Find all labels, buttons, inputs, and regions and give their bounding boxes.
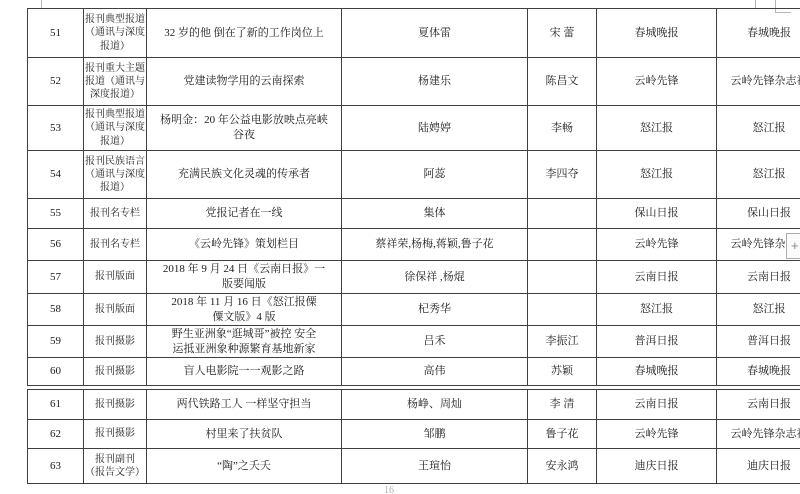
cell-category: 报刊摄影	[84, 390, 147, 420]
cell-author: 杞秀华	[342, 294, 528, 326]
cell-title: 32 岁的他 倒在了新的工作岗位上	[147, 9, 342, 58]
cell-outlet: 保山日报	[597, 199, 717, 229]
cell-author: 杨建乐	[342, 58, 528, 106]
table-row: 57报刊版面2018 年 9 月 24 日《云南日报》一 版要闻版徐保祥 ,杨焜…	[28, 261, 800, 294]
cell-editor: 李 清	[528, 390, 597, 420]
table-row: 52报刊重大主题 报道（通讯与 深度报道）党建读物学用的云南探索杨建乐陈昌文云岭…	[28, 58, 800, 106]
table-row: 51报刊典型报道 （通讯与深度 报道）32 岁的他 倒在了新的工作岗位上夏体雷宋…	[28, 9, 800, 58]
cell-no: 61	[28, 390, 84, 420]
cell-category: 报刊名专栏	[84, 229, 147, 261]
cell-no: 58	[28, 294, 84, 326]
cell-no: 54	[28, 151, 84, 199]
table-row: 53报刊典型报道 （通讯与深度 报道）杨明金：20 年公益电影放映点亮峡 谷夜陆…	[28, 106, 800, 151]
cell-editor: 安永鸿	[528, 449, 597, 484]
cell-category: 报刊典型报道 （通讯与深度 报道）	[84, 106, 147, 151]
cell-author: 蔡祥荣,杨梅,蒋颖,鲁子花	[342, 229, 528, 261]
table-row: 61报刊摄影两代铁路工人 一样坚守担当杨峥、周灿李 清云南日报云南日报	[28, 390, 800, 420]
cell-editor: 苏颖	[528, 358, 597, 386]
cell-title: 党建读物学用的云南探索	[147, 58, 342, 106]
cell-org: 春城晚报	[717, 9, 800, 58]
cell-title: 充满民族文化灵魂的传承者	[147, 151, 342, 199]
cell-org: 保山日报	[717, 199, 800, 229]
cell-editor: 李畅	[528, 106, 597, 151]
cell-category: 报刊版面	[84, 261, 147, 294]
cell-author: 王瑄怡	[342, 449, 528, 484]
cell-author: 徐保祥 ,杨焜	[342, 261, 528, 294]
cell-org: 普洱日报	[717, 326, 800, 358]
cell-author: 高伟	[342, 358, 528, 386]
table-row: 59报刊摄影野生亚洲象“逛城哥”被控 安全 运抵亚洲象种源繁育基地新家吕禾李振江…	[28, 326, 800, 358]
table-insert-handle[interactable]: +	[786, 233, 800, 259]
cell-outlet: 云南日报	[597, 390, 717, 420]
cell-category: 报刊典型报道 （通讯与深度 报道）	[84, 9, 147, 58]
cell-title: 党报记者在一线	[147, 199, 342, 229]
cell-no: 55	[28, 199, 84, 229]
table-row: 55报刊名专栏党报记者在一线集体保山日报保山日报	[28, 199, 800, 229]
table-row: 63报刊副刊 （报告文学）“陶”之夭夭王瑄怡安永鸿迪庆日报迪庆日报	[28, 449, 800, 484]
cell-outlet: 云岭先锋	[597, 420, 717, 449]
cell-org: 云岭先锋杂志社	[717, 420, 800, 449]
cell-category: 报刊摄影	[84, 420, 147, 449]
cell-category: 报刊重大主题 报道（通讯与 深度报道）	[84, 58, 147, 106]
cell-org: 怒江报	[717, 106, 800, 151]
cell-outlet: 云岭先锋	[597, 229, 717, 261]
cell-outlet: 迪庆日报	[597, 449, 717, 484]
cell-title: 野生亚洲象“逛城哥”被控 安全 运抵亚洲象种源繁育基地新家	[147, 326, 342, 358]
awards-table-lower: 61报刊摄影两代铁路工人 一样坚守担当杨峥、周灿李 清云南日报云南日报62报刊摄…	[27, 389, 800, 484]
cell-org: 云南日报	[717, 261, 800, 294]
cell-category: 报刊民族语言 （通讯与深度 报道）	[84, 151, 147, 199]
cell-author: 夏体雷	[342, 9, 528, 58]
cell-no: 60	[28, 358, 84, 386]
cell-org: 怒江报	[717, 151, 800, 199]
table-row: 60报刊摄影盲人电影院一一观影之路高伟苏颖春城晚报春城晚报	[28, 358, 800, 386]
cutoff-border-artifact	[41, 0, 42, 8]
table-row: 56报刊名专栏《云岭先锋》策划栏目蔡祥荣,杨梅,蒋颖,鲁子花云岭先锋云岭先锋杂志…	[28, 229, 800, 261]
cell-no: 51	[28, 9, 84, 58]
cell-no: 53	[28, 106, 84, 151]
cell-no: 59	[28, 326, 84, 358]
cell-org: 怒江报	[717, 294, 800, 326]
cell-author: 杨峥、周灿	[342, 390, 528, 420]
table-row: 62报刊摄影村里来了扶贫队邹鹏鲁子花云岭先锋云岭先锋杂志社	[28, 420, 800, 449]
cell-category: 报刊版面	[84, 294, 147, 326]
cell-title: 两代铁路工人 一样坚守担当	[147, 390, 342, 420]
cell-editor	[528, 199, 597, 229]
cell-author: 集体	[342, 199, 528, 229]
cell-outlet: 春城晚报	[597, 358, 717, 386]
cell-category: 报刊名专栏	[84, 199, 147, 229]
cell-category: 报刊副刊 （报告文学）	[84, 449, 147, 484]
cell-org: 迪庆日报	[717, 449, 800, 484]
page-number: 16	[384, 485, 394, 494]
cell-org: 云岭先锋杂志社	[717, 58, 800, 106]
cell-editor: 陈昌文	[528, 58, 597, 106]
cell-author: 陆娉婷	[342, 106, 528, 151]
cell-title: 盲人电影院一一观影之路	[147, 358, 342, 386]
cell-category: 报刊摄影	[84, 358, 147, 386]
cell-title: 《云岭先锋》策划栏目	[147, 229, 342, 261]
cell-no: 56	[28, 229, 84, 261]
cell-no: 63	[28, 449, 84, 484]
plus-icon: +	[791, 238, 799, 253]
cell-org: 春城晚报	[717, 358, 800, 386]
cell-title: “陶”之夭夭	[147, 449, 342, 484]
cell-outlet: 云南日报	[597, 261, 717, 294]
cell-category: 报刊摄影	[84, 326, 147, 358]
cell-editor	[528, 229, 597, 261]
cell-outlet: 春城晚报	[597, 9, 717, 58]
cell-outlet: 怒江报	[597, 106, 717, 151]
cell-title: 村里来了扶贫队	[147, 420, 342, 449]
cell-editor: 宋 蕾	[528, 9, 597, 58]
cell-author: 阿蕊	[342, 151, 528, 199]
cell-title: 2018 年 9 月 24 日《云南日报》一 版要闻版	[147, 261, 342, 294]
cell-author: 邹鹏	[342, 420, 528, 449]
awards-table-upper: 51报刊典型报道 （通讯与深度 报道）32 岁的他 倒在了新的工作岗位上夏体雷宋…	[27, 8, 800, 386]
cell-org: 云南日报	[717, 390, 800, 420]
document-page: 51报刊典型报道 （通讯与深度 报道）32 岁的他 倒在了新的工作岗位上夏体雷宋…	[0, 0, 800, 494]
table-row: 58报刊版面2018 年 11 月 16 日《怒江报傈 僳文版》4 版杞秀华怒江…	[28, 294, 800, 326]
cell-no: 57	[28, 261, 84, 294]
cell-no: 52	[28, 58, 84, 106]
cell-editor: 李振江	[528, 326, 597, 358]
cell-title: 2018 年 11 月 16 日《怒江报傈 僳文版》4 版	[147, 294, 342, 326]
cell-editor	[528, 261, 597, 294]
cell-no: 62	[28, 420, 84, 449]
cell-outlet: 怒江报	[597, 151, 717, 199]
cell-editor: 李四夺	[528, 151, 597, 199]
cell-author: 吕禾	[342, 326, 528, 358]
table-row: 54报刊民族语言 （通讯与深度 报道）充满民族文化灵魂的传承者阿蕊李四夺怒江报怒…	[28, 151, 800, 199]
cell-title: 杨明金：20 年公益电影放映点亮峡 谷夜	[147, 106, 342, 151]
cell-outlet: 普洱日报	[597, 326, 717, 358]
cutoff-border-artifact	[755, 0, 756, 8]
cell-outlet: 云岭先锋	[597, 58, 717, 106]
cell-outlet: 怒江报	[597, 294, 717, 326]
cell-editor	[528, 294, 597, 326]
cell-editor: 鲁子花	[528, 420, 597, 449]
